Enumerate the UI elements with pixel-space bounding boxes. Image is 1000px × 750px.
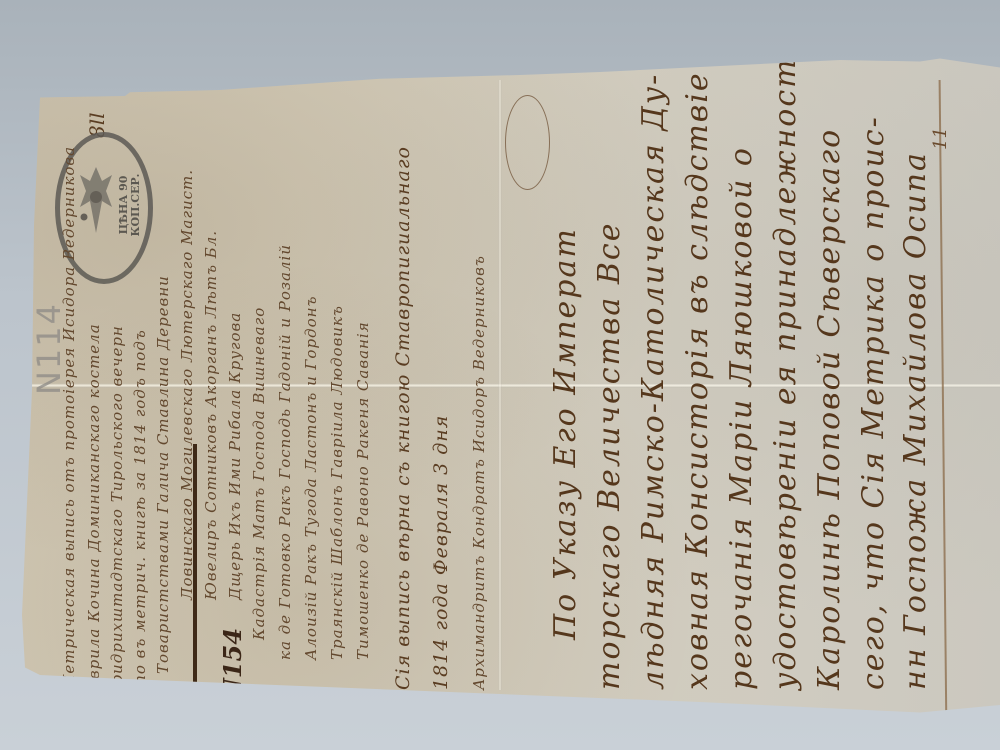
left-line-7: Ювелиръ Сотниковъ Акорганъ Лѣтъ Бл. [202, 230, 220, 600]
right-line-6: удостовѣреніи ея принадлежности [768, 36, 803, 690]
right-line-7: Каролинѣ Поповой Сѣверскаго [812, 128, 847, 690]
footer-line-1: Сія выпись вѣрна съ книгою Ставропигиаль… [392, 146, 414, 690]
stamp-price-text: ЦѢНА 90 КОП.СЕР. [118, 165, 142, 245]
photograph: 8ll ЦѢНА 90 КОП.СЕР. N114 Метрическая вы… [0, 0, 1000, 750]
vertical-fold-crease [498, 80, 502, 690]
left-line-5: зъ Товаристствами Галича Ставлина Деревн… [154, 275, 172, 700]
double-headed-eagle-icon [78, 161, 114, 239]
document-number: N154 [218, 628, 247, 700]
right-line-3: лѣдняя Римско-Католическая Ду- [636, 73, 671, 690]
underline-stroke [193, 444, 197, 684]
right-line-1: По Указу Его Императ [548, 227, 583, 640]
stamp-line-2: КОП.СЕР. [130, 165, 142, 245]
left-line-1: Метрическая выпись отъ протоіерея Исидор… [60, 146, 78, 690]
right-line-5: регочанія Маріи Ляюшковой о [724, 146, 759, 690]
right-line-4: ховная Консисторія въ слѣдствіе [680, 71, 715, 690]
margin-rule-line [939, 80, 947, 730]
footer-line-2: 1814 года Февраля 3 дня [430, 415, 452, 690]
left-line-4: Что въ метрич. книгѣ за 1814 годъ подъ [131, 329, 149, 702]
left-line-10: ка де Готовко Ракъ Господь Гадоній и Роз… [276, 244, 294, 660]
left-line-13: Тимошенко де Равоно Ракеня Саванія [354, 321, 372, 660]
left-line-2: Гаврила Кочина Доминиканскаго костела [85, 323, 103, 700]
right-line-2: торскаго Величества Все [592, 222, 627, 690]
right-line-8: сего, что Сія Метрика о проис- [856, 115, 891, 690]
footer-line-3: Архимандритъ Кондратъ Исидоръ Ведерников… [470, 255, 488, 690]
signature-flourish [505, 95, 550, 190]
left-line-3: Фридрихштадтскаго Тирольского вечерн [108, 325, 126, 698]
left-line-8: Дщерь Ихъ Ими Рибала Кругова [226, 312, 244, 600]
margin-mark: 11 [930, 127, 951, 150]
left-line-9: Кадастрія Матъ Господа Вишневаго [250, 307, 268, 640]
aged-paper-sheet: 8ll ЦѢНА 90 КОП.СЕР. N114 Метрическая вы… [0, 0, 1000, 750]
left-line-11: Алоизій Ракъ Тугода Ластонъ и Гордонъ [302, 296, 320, 660]
right-line-9: нн Госпожа Михайлова Осипа [898, 151, 933, 690]
left-line-12: Траянскій Шаблонъ Гавріила Людовикъ [328, 305, 346, 660]
